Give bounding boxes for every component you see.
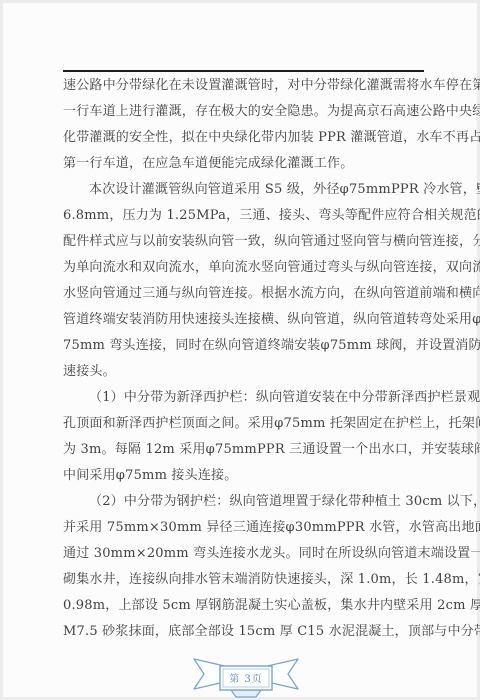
header-rule (63, 70, 424, 72)
page-number-label: 第 3页 (229, 672, 263, 685)
text-line: 孔顶面和新泽西护栏顶面之间。采用φ75mm 托架固定在护栏上，托架间距 (63, 411, 425, 437)
ribbon-icon: 第 3页 (191, 656, 301, 700)
text-line: 管道终端安装消防用快速接头连接横、纵向管道，纵向管道转弯处采用φ (63, 307, 425, 333)
text-line: 6.8mm，压力为 1.25MPa，三通、接头、弯头等配件应符合相关规范的要求， (63, 203, 425, 229)
text-line: M7.5 砂浆抹面，底部全部设 15cm 厚 C15 水泥混凝土，顶部与中分带拦 (63, 619, 425, 645)
text-line: 中间采用φ75mm 接头连接。 (63, 463, 425, 489)
text-line: 速公路中分带绿化在未设置灌溉管时，对中分带绿化灌溉需将水车停在第 (63, 73, 425, 99)
text-line: 通过 30mm×20mm 弯头连接水龙头。同时在所设纵向管道末端设置一处砖 (63, 541, 425, 567)
text-line: 第一行车道，在应急车道便能完成绿化灌溉工作。 (63, 151, 425, 177)
text-line: 0.98m，上部设 5cm 厚钢筋混凝土实心盖板，集水井内壁采用 2cm 厚 (63, 593, 425, 619)
text-line: 配件样式应与以前安装纵向管一致，纵向管通过竖向管与横向管连接，分 (63, 229, 425, 255)
text-line: 砌集水井，连接纵向排水管末端消防快速接头，深 1.0m，长 1.48m，宽 (63, 567, 425, 593)
text-line: 本次设计灌溉管纵向管道采用 S5 级，外径φ75mmPPR 冷水管，壁厚 (63, 177, 425, 203)
page-number-ribbon: 第 3页 (191, 656, 301, 700)
text-line: 一行车道上进行灌溉，存在极大的安全隐患。为提高京石高速公路中央绿 (63, 99, 425, 125)
text-line: 水竖向管通过三通与纵向管连接。根据水流方向，在纵向管道前端和横向 (63, 281, 425, 307)
text-line: 化带灌溉的安全性，拟在中央绿化带内加装 PPR 灌溉管道，水车不再占用 (63, 125, 425, 151)
text-line: 为 3m。每隔 12m 采用φ75mmPPR 三通设置一个出水口，并安装球阀，管… (63, 437, 425, 463)
text-line: 为单向流水和双向流水，单向流水竖向管通过弯头与纵向管连接，双向流 (63, 255, 425, 281)
document-body: 速公路中分带绿化在未设置灌溉管时，对中分带绿化灌溉需将水车停在第一行车道上进行灌… (63, 73, 425, 645)
text-line: 75mm 弯头连接，同时在纵向管道终端安装φ75mm 球阀，并设置消防用快 (63, 333, 425, 359)
text-line: （1）中分带为新泽西护栏：纵向管道安装在中分带新泽西护栏景观 (63, 385, 425, 411)
text-line: 并采用 75mm×30mm 异径三通连接φ30mmPPR 水管，水管高出地面 3… (63, 515, 425, 541)
text-line: 速接头。 (63, 359, 425, 385)
document-page: 速公路中分带绿化在未设置灌溉管时，对中分带绿化灌溉需将水车停在第一行车道上进行灌… (0, 0, 480, 700)
text-line: （2）中分带为钢护栏：纵向管道埋置于绿化带种植土 30cm 以下， (63, 489, 425, 515)
